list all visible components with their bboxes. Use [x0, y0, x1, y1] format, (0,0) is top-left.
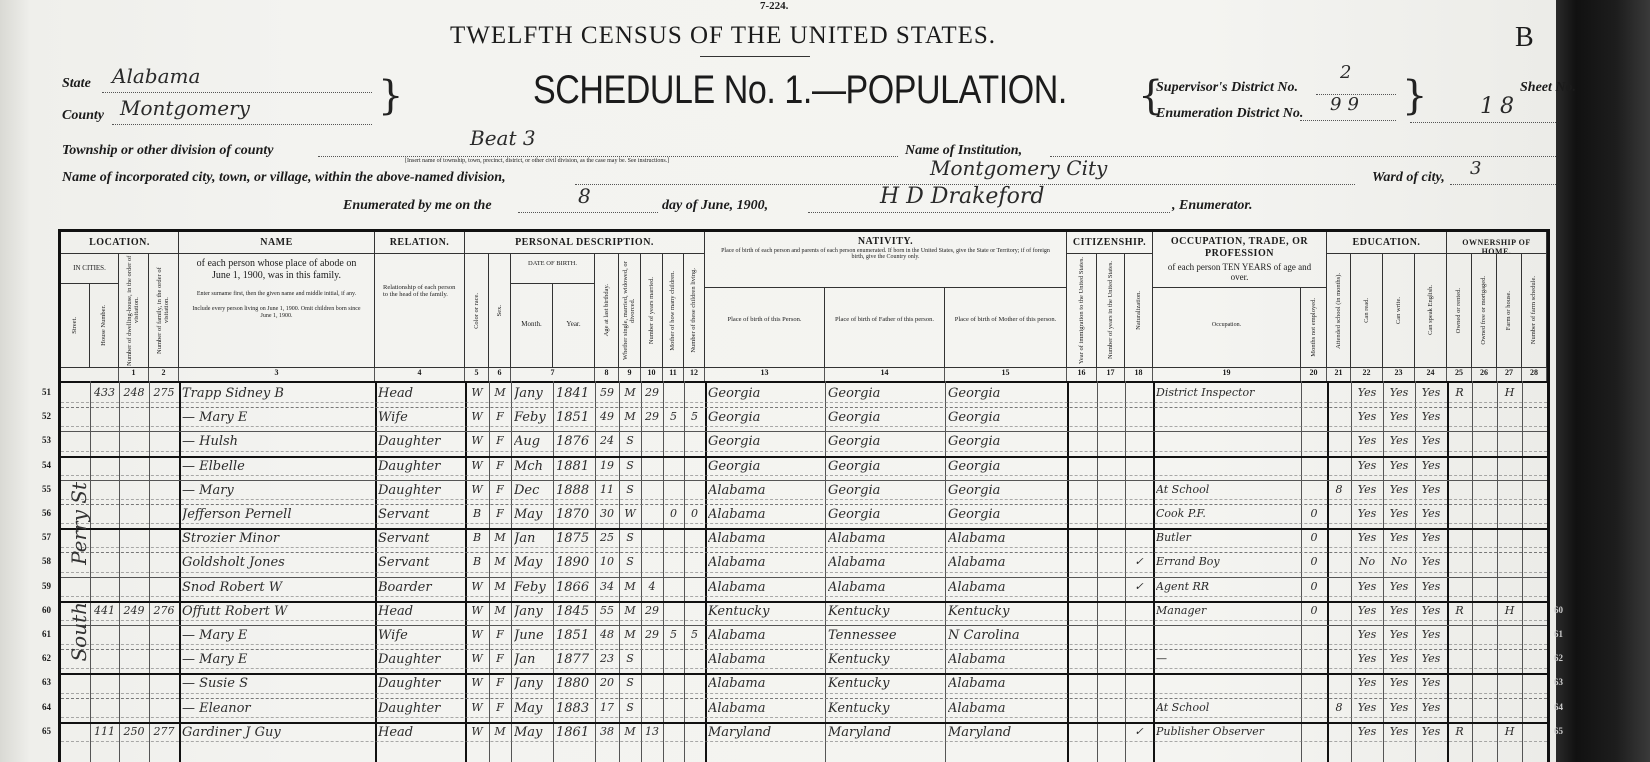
cell-birth[interactable]: Alabama — [708, 701, 823, 716]
cell-english[interactable]: Yes — [1416, 628, 1446, 641]
cell-month[interactable]: Jany — [514, 676, 551, 691]
cell-father[interactable]: Georgia — [828, 434, 943, 449]
enumerator-value[interactable]: H D Drakeford — [880, 184, 1044, 209]
cell-write[interactable]: No — [1384, 555, 1414, 568]
cell-marital[interactable]: S — [620, 434, 640, 447]
cell-month[interactable]: Dec — [514, 483, 551, 498]
cell-year[interactable]: 1861 — [556, 725, 593, 740]
city-value[interactable]: Montgomery City — [930, 156, 1107, 180]
cell-color[interactable]: W — [466, 604, 488, 617]
form-number: 7-224. — [760, 0, 788, 12]
enumerated-label: Enumerated by me on the — [343, 198, 492, 214]
cell-color[interactable]: W — [466, 459, 488, 472]
cell-english[interactable]: Yes — [1416, 507, 1446, 520]
county-value[interactable]: Montgomery — [120, 96, 250, 120]
cell-unemployed[interactable]: 0 — [1302, 580, 1326, 593]
cell-mother[interactable]: Alabama — [948, 652, 1065, 667]
cell-read[interactable]: Yes — [1352, 434, 1382, 447]
enumeration-value[interactable]: 99 — [1330, 94, 1365, 115]
cell-occupation[interactable]: Errand Boy — [1156, 555, 1299, 568]
cell-marital[interactable]: M — [620, 386, 640, 399]
cell-living[interactable]: 5 — [685, 410, 704, 423]
cell-relation[interactable]: Wife — [378, 410, 463, 425]
cell-mother[interactable]: Alabama — [948, 531, 1065, 546]
cell-year[interactable]: 1841 — [556, 386, 593, 401]
cell-sex[interactable]: F — [490, 701, 510, 714]
line-number: 61 — [42, 629, 51, 639]
occupation-title: OCCUPATION, TRADE, OR PROFESSION — [1159, 236, 1320, 259]
cell-age[interactable]: 24 — [596, 434, 618, 447]
cell-years-married[interactable]: 29 — [642, 628, 662, 641]
cell-birth[interactable]: Alabama — [708, 580, 823, 595]
cell-school[interactable]: 8 — [1328, 483, 1350, 496]
cell-color[interactable]: W — [466, 676, 488, 689]
cell-marital[interactable]: W — [620, 507, 640, 520]
cell-relation[interactable]: Daughter — [378, 652, 463, 667]
cell-color[interactable]: W — [466, 410, 488, 423]
cell-naturalization[interactable]: ✓ — [1126, 725, 1152, 738]
mother-of-header: Mother of how many children. — [663, 254, 684, 368]
cell-age[interactable]: 48 — [596, 628, 618, 641]
cell-unemployed[interactable]: 0 — [1302, 555, 1326, 568]
cell-owned[interactable]: R — [1448, 386, 1471, 399]
enumerated-suffix: day of June, 1900, — [662, 198, 768, 214]
cell-age[interactable]: 20 — [596, 676, 618, 689]
cell-color[interactable]: B — [466, 555, 488, 568]
cell-marital[interactable]: M — [620, 580, 640, 593]
cell-relation[interactable]: Servant — [378, 531, 463, 546]
cell-name[interactable]: — Elbelle — [182, 459, 373, 474]
cell-month[interactable]: May — [514, 701, 551, 716]
group-occupation: OCCUPATION, TRADE, OR PROFESSION of each… — [1153, 232, 1327, 288]
cell-father[interactable]: Alabama — [828, 580, 943, 595]
cell-farm[interactable]: H — [1498, 386, 1521, 399]
cell-relation[interactable]: Daughter — [378, 676, 463, 691]
sheet-value[interactable]: 18 — [1480, 94, 1520, 119]
cell-father[interactable]: Alabama — [828, 531, 943, 546]
cell-year[interactable]: 1876 — [556, 434, 593, 449]
row-divider — [61, 552, 1547, 553]
cell-years-married[interactable]: 29 — [642, 386, 662, 399]
cell-write[interactable]: Yes — [1384, 434, 1414, 447]
cell-marital[interactable]: S — [620, 701, 640, 714]
sheet-line — [1410, 122, 1556, 123]
cell-month[interactable]: Feby — [514, 580, 551, 595]
cell-father[interactable]: Georgia — [828, 386, 943, 401]
cell-occupation[interactable]: District Inspector — [1156, 386, 1299, 399]
cell-relation[interactable]: Daughter — [378, 483, 463, 498]
cell-sex[interactable]: F — [490, 507, 510, 520]
cell-sex[interactable]: F — [490, 676, 510, 689]
cell-marital[interactable]: S — [620, 459, 640, 472]
row-baseline — [61, 523, 1547, 524]
cell-name[interactable]: Jefferson Pernell — [182, 507, 373, 522]
cell-write[interactable]: Yes — [1384, 701, 1414, 714]
cell-relation[interactable]: Head — [378, 386, 463, 401]
cell-name[interactable]: Offutt Robert W — [182, 604, 373, 619]
supervisor-value[interactable]: 2 — [1340, 62, 1351, 83]
cell-color[interactable]: W — [466, 434, 488, 447]
nativity-title: NATIVITY. — [715, 236, 1056, 248]
cell-english[interactable]: Yes — [1416, 676, 1446, 689]
cell-year[interactable]: 1881 — [556, 459, 593, 474]
cell-month[interactable]: May — [514, 507, 551, 522]
cell-farm[interactable]: H — [1498, 604, 1521, 617]
census-title: TWELFTH CENSUS OF THE UNITED STATES. — [450, 22, 996, 50]
cell-father[interactable]: Alabama — [828, 555, 943, 570]
cell-marital[interactable]: S — [620, 531, 640, 544]
owned-rented-header: Owned or rented. — [1447, 254, 1472, 368]
book-binding-edge — [1556, 0, 1650, 762]
cell-mother[interactable]: Georgia — [948, 507, 1065, 522]
cell-month[interactable]: Aug — [514, 434, 551, 449]
cell-english[interactable]: Yes — [1416, 652, 1446, 665]
cell-year[interactable]: 1851 — [556, 410, 593, 425]
cell-occupation[interactable]: Butler — [1156, 531, 1299, 544]
cell-mother-of[interactable]: 5 — [664, 410, 683, 423]
cell-age[interactable]: 10 — [596, 555, 618, 568]
cell-english[interactable]: Yes — [1416, 531, 1446, 544]
cell-color[interactable]: B — [466, 507, 488, 520]
cell-age[interactable]: 11 — [596, 483, 618, 496]
township-label: Township or other division of county — [62, 143, 273, 159]
cell-color[interactable]: W — [466, 701, 488, 714]
cell-years-married[interactable]: 29 — [642, 410, 662, 423]
cell-house[interactable]: 441 — [91, 604, 118, 617]
cell-mother-of[interactable]: 0 — [664, 507, 683, 520]
cell-name[interactable]: — Hulsh — [182, 434, 373, 449]
in-cities-header: IN CITIES. — [61, 254, 119, 284]
cell-sex[interactable]: M — [490, 604, 510, 617]
cell-read[interactable]: Yes — [1352, 483, 1382, 496]
cell-family[interactable]: 277 — [150, 725, 178, 738]
cell-mother[interactable]: Alabama — [948, 701, 1065, 716]
cell-birth[interactable]: Alabama — [708, 507, 823, 522]
county-label: County — [62, 108, 104, 124]
cell-read[interactable]: Yes — [1352, 701, 1382, 714]
cell-write[interactable]: Yes — [1384, 652, 1414, 665]
cell-living[interactable]: 0 — [685, 507, 704, 520]
cell-unemployed[interactable]: 0 — [1302, 507, 1326, 520]
cell-mother[interactable]: Alabama — [948, 676, 1065, 691]
cell-occupation[interactable]: At School — [1156, 701, 1299, 714]
cell-occupation[interactable]: Cook P.F. — [1156, 507, 1299, 520]
cell-marital[interactable]: S — [620, 676, 640, 689]
cell-dwelling[interactable]: 248 — [120, 386, 148, 399]
cell-read[interactable]: Yes — [1352, 652, 1382, 665]
cell-read[interactable]: Yes — [1352, 676, 1382, 689]
sex-header: Sex. — [489, 254, 511, 368]
cell-name[interactable]: Strozier Minor — [182, 531, 373, 546]
cell-age[interactable]: 30 — [596, 507, 618, 520]
cell-living[interactable]: 5 — [685, 628, 704, 641]
cell-write[interactable]: Yes — [1384, 483, 1414, 496]
cell-sex[interactable]: F — [490, 652, 510, 665]
cell-house[interactable]: 433 — [91, 386, 118, 399]
cell-year[interactable]: 1845 — [556, 604, 593, 619]
cell-father[interactable]: Maryland — [828, 725, 943, 740]
cell-relation[interactable]: Head — [378, 725, 463, 740]
cell-english[interactable]: Yes — [1416, 725, 1446, 738]
ward-value[interactable]: 3 — [1470, 158, 1481, 179]
cell-sex[interactable]: F — [490, 483, 510, 496]
cell-color[interactable]: W — [466, 483, 488, 496]
cell-color[interactable]: W — [466, 652, 488, 665]
unemployed-header: Months not employed. — [1301, 288, 1327, 368]
cell-relation[interactable]: Boarder — [378, 580, 463, 595]
cell-write[interactable]: Yes — [1384, 386, 1414, 399]
cell-father[interactable]: Georgia — [828, 459, 943, 474]
cell-year[interactable]: 1880 — [556, 676, 593, 691]
cell-write[interactable]: Yes — [1384, 507, 1414, 520]
cell-year[interactable]: 1877 — [556, 652, 593, 667]
cell-age[interactable]: 23 — [596, 652, 618, 665]
cell-marital[interactable]: M — [620, 410, 640, 423]
cell-birth[interactable]: Maryland — [708, 725, 823, 740]
cell-relation[interactable]: Head — [378, 604, 463, 619]
cell-year[interactable]: 1866 — [556, 580, 593, 595]
row-baseline — [61, 402, 1547, 403]
cell-father[interactable]: Kentucky — [828, 604, 943, 619]
cell-month[interactable]: June — [514, 628, 551, 643]
cell-month[interactable]: May — [514, 725, 551, 740]
title-rule — [700, 56, 810, 57]
cell-month[interactable]: Jany — [514, 604, 551, 619]
cell-english[interactable]: Yes — [1416, 580, 1446, 593]
cell-mother-of[interactable]: 5 — [664, 628, 683, 641]
cell-name[interactable]: — Mary E — [182, 410, 373, 425]
cell-read[interactable]: Yes — [1352, 386, 1382, 399]
cell-birth[interactable]: Georgia — [708, 459, 823, 474]
cell-age[interactable]: 34 — [596, 580, 618, 593]
cell-sex[interactable]: M — [490, 725, 510, 738]
cell-english[interactable]: Yes — [1416, 459, 1446, 472]
cell-birth[interactable]: Georgia — [708, 386, 823, 401]
cell-read[interactable]: Yes — [1352, 531, 1382, 544]
cell-birth[interactable]: Georgia — [708, 410, 823, 425]
cell-mother[interactable]: Kentucky — [948, 604, 1065, 619]
cell-relation[interactable]: Daughter — [378, 459, 463, 474]
cell-family[interactable]: 275 — [150, 386, 178, 399]
cell-school[interactable]: 8 — [1328, 701, 1350, 714]
cell-birth[interactable]: Alabama — [708, 628, 823, 643]
cell-name[interactable]: — Susie S — [182, 676, 373, 691]
cell-years-married[interactable]: 29 — [642, 604, 662, 617]
cell-dwelling[interactable]: 249 — [120, 604, 148, 617]
cell-birth[interactable]: Alabama — [708, 555, 823, 570]
cell-color[interactable]: W — [466, 386, 488, 399]
cell-year[interactable]: 1890 — [556, 555, 593, 570]
cell-name[interactable]: — Eleanor — [182, 701, 373, 716]
cell-name[interactable]: — Mary E — [182, 628, 373, 643]
cell-family[interactable]: 276 — [150, 604, 178, 617]
cell-age[interactable]: 38 — [596, 725, 618, 738]
cell-years-married[interactable]: 13 — [642, 725, 662, 738]
cell-sex[interactable]: F — [490, 628, 510, 641]
cell-age[interactable]: 17 — [596, 701, 618, 714]
cell-color[interactable]: W — [466, 725, 488, 738]
cell-write[interactable]: Yes — [1384, 459, 1414, 472]
column-number: 10 — [641, 368, 663, 381]
cell-occupation[interactable]: Publisher Observer — [1156, 725, 1299, 738]
row-baseline — [61, 668, 1547, 669]
cell-occupation[interactable]: — — [1156, 652, 1299, 665]
cell-english[interactable]: Yes — [1416, 386, 1446, 399]
cell-name[interactable]: Snod Robert W — [182, 580, 373, 595]
cell-marital[interactable]: S — [620, 555, 640, 568]
cell-sex[interactable]: M — [490, 531, 510, 544]
cell-write[interactable]: Yes — [1384, 410, 1414, 423]
cell-marital[interactable]: M — [620, 628, 640, 641]
cell-english[interactable]: Yes — [1416, 701, 1446, 714]
cell-father[interactable]: Kentucky — [828, 652, 943, 667]
cell-mother[interactable]: Alabama — [948, 555, 1065, 570]
cell-unemployed[interactable]: 0 — [1302, 604, 1326, 617]
cell-write[interactable]: Yes — [1384, 604, 1414, 617]
cell-house[interactable]: 111 — [91, 725, 118, 738]
cell-naturalization[interactable]: ✓ — [1126, 555, 1152, 568]
cell-relation[interactable]: Servant — [378, 555, 463, 570]
cell-father[interactable]: Georgia — [828, 483, 943, 498]
year-header: Year. — [553, 284, 595, 368]
cell-birth[interactable]: Alabama — [708, 531, 823, 546]
cell-month[interactable]: May — [514, 555, 551, 570]
cell-month[interactable]: Jany — [514, 386, 551, 401]
cell-father[interactable]: Georgia — [828, 410, 943, 425]
cell-birth[interactable]: Alabama — [708, 652, 823, 667]
cell-write[interactable]: Yes — [1384, 580, 1414, 593]
cell-english[interactable]: Yes — [1416, 410, 1446, 423]
cell-name[interactable]: Goldsholt Jones — [182, 555, 373, 570]
cell-english[interactable]: Yes — [1416, 555, 1446, 568]
cell-occupation[interactable]: Agent RR — [1156, 580, 1299, 593]
cell-mother[interactable]: N Carolina — [948, 628, 1065, 643]
cell-write[interactable]: Yes — [1384, 531, 1414, 544]
cell-write[interactable]: Yes — [1384, 725, 1414, 738]
line-number: 57 — [42, 532, 51, 542]
cell-english[interactable]: Yes — [1416, 434, 1446, 447]
cell-mother[interactable]: Georgia — [948, 386, 1065, 401]
cell-write[interactable]: Yes — [1384, 676, 1414, 689]
cell-father[interactable]: Kentucky — [828, 701, 943, 716]
line-number: 52 — [42, 411, 51, 421]
cell-year[interactable]: 1875 — [556, 531, 593, 546]
township-note: [Insert name of township, town, precinct… — [405, 158, 669, 164]
cell-read[interactable]: Yes — [1352, 459, 1382, 472]
cell-month[interactable]: Mch — [514, 459, 551, 474]
cell-write[interactable]: Yes — [1384, 628, 1414, 641]
cell-birth[interactable]: Kentucky — [708, 604, 823, 619]
cell-father[interactable]: Kentucky — [828, 676, 943, 691]
cell-mother[interactable]: Georgia — [948, 434, 1065, 449]
line-number-right: 65 — [1554, 726, 1563, 736]
cell-color[interactable]: W — [466, 580, 488, 593]
line-number: 55 — [42, 484, 51, 494]
enumerator-line — [808, 212, 1170, 213]
cell-occupation[interactable]: Manager — [1156, 604, 1299, 617]
cell-sex[interactable]: F — [490, 459, 510, 472]
cell-marital[interactable]: S — [620, 483, 640, 496]
cell-father[interactable]: Tennessee — [828, 628, 943, 643]
cell-sex[interactable]: F — [490, 434, 510, 447]
cell-sex[interactable]: M — [490, 580, 510, 593]
cell-owned[interactable]: R — [1448, 725, 1471, 738]
cell-english[interactable]: Yes — [1416, 483, 1446, 496]
cell-name[interactable]: — Mary E — [182, 652, 373, 667]
cell-mother[interactable]: Georgia — [948, 410, 1065, 425]
cell-farm[interactable]: H — [1498, 725, 1521, 738]
enumerated-day[interactable]: 8 — [578, 184, 591, 208]
cell-sex[interactable]: F — [490, 410, 510, 423]
cell-name[interactable]: Gardiner J Guy — [182, 725, 373, 740]
cell-read[interactable]: Yes — [1352, 580, 1382, 593]
column-number: 8 — [595, 368, 619, 381]
cell-birth[interactable]: Georgia — [708, 434, 823, 449]
cell-marital[interactable]: M — [620, 725, 640, 738]
state-value[interactable]: Alabama — [112, 64, 200, 88]
cell-mother[interactable]: Georgia — [948, 483, 1065, 498]
cell-year[interactable]: 1851 — [556, 628, 593, 643]
cell-read[interactable]: Yes — [1352, 410, 1382, 423]
cell-occupation[interactable]: At School — [1156, 483, 1299, 496]
cell-age[interactable]: 25 — [596, 531, 618, 544]
cell-read[interactable]: Yes — [1352, 725, 1382, 738]
cell-year[interactable]: 1870 — [556, 507, 593, 522]
group-nativity: NATIVITY. Place of birth of each person … — [705, 232, 1067, 288]
cell-relation[interactable]: Daughter — [378, 701, 463, 716]
cell-english[interactable]: Yes — [1416, 604, 1446, 617]
cell-name[interactable]: Trapp Sidney B — [182, 386, 373, 401]
cell-naturalization[interactable]: ✓ — [1126, 580, 1152, 593]
cell-name[interactable]: — Mary — [182, 483, 373, 498]
cell-unemployed[interactable]: 0 — [1302, 531, 1326, 544]
cell-year[interactable]: 1883 — [556, 701, 593, 716]
cell-relation[interactable]: Wife — [378, 628, 463, 643]
cell-marital[interactable]: M — [620, 604, 640, 617]
cell-age[interactable]: 49 — [596, 410, 618, 423]
cell-mother[interactable]: Georgia — [948, 459, 1065, 474]
cell-years-married[interactable]: 4 — [642, 580, 662, 593]
cell-sex[interactable]: M — [490, 555, 510, 568]
cell-owned[interactable]: R — [1448, 604, 1471, 617]
cell-dwelling[interactable]: 250 — [120, 725, 148, 738]
cell-year[interactable]: 1888 — [556, 483, 593, 498]
cell-relation[interactable]: Servant — [378, 507, 463, 522]
cell-read[interactable]: Yes — [1352, 604, 1382, 617]
ward-line — [1450, 184, 1556, 185]
township-value[interactable]: Beat 3 — [470, 126, 536, 150]
cell-read[interactable]: Yes — [1352, 507, 1382, 520]
cell-month[interactable]: Feby — [514, 410, 551, 425]
cell-birth[interactable]: Alabama — [708, 483, 823, 498]
cell-age[interactable]: 19 — [596, 459, 618, 472]
cell-read[interactable]: No — [1352, 555, 1382, 568]
cell-father[interactable]: Georgia — [828, 507, 943, 522]
cell-mother[interactable]: Alabama — [948, 580, 1065, 595]
cell-age[interactable]: 55 — [596, 604, 618, 617]
cell-marital[interactable]: S — [620, 652, 640, 665]
cell-birth[interactable]: Alabama — [708, 676, 823, 691]
cell-month[interactable]: Jan — [514, 652, 551, 667]
cell-age[interactable]: 59 — [596, 386, 618, 399]
cell-month[interactable]: Jan — [514, 531, 551, 546]
cell-mother[interactable]: Maryland — [948, 725, 1065, 740]
cell-read[interactable]: Yes — [1352, 628, 1382, 641]
cell-sex[interactable]: M — [490, 386, 510, 399]
cell-color[interactable]: W — [466, 628, 488, 641]
cell-color[interactable]: B — [466, 531, 488, 544]
cell-relation[interactable]: Daughter — [378, 434, 463, 449]
